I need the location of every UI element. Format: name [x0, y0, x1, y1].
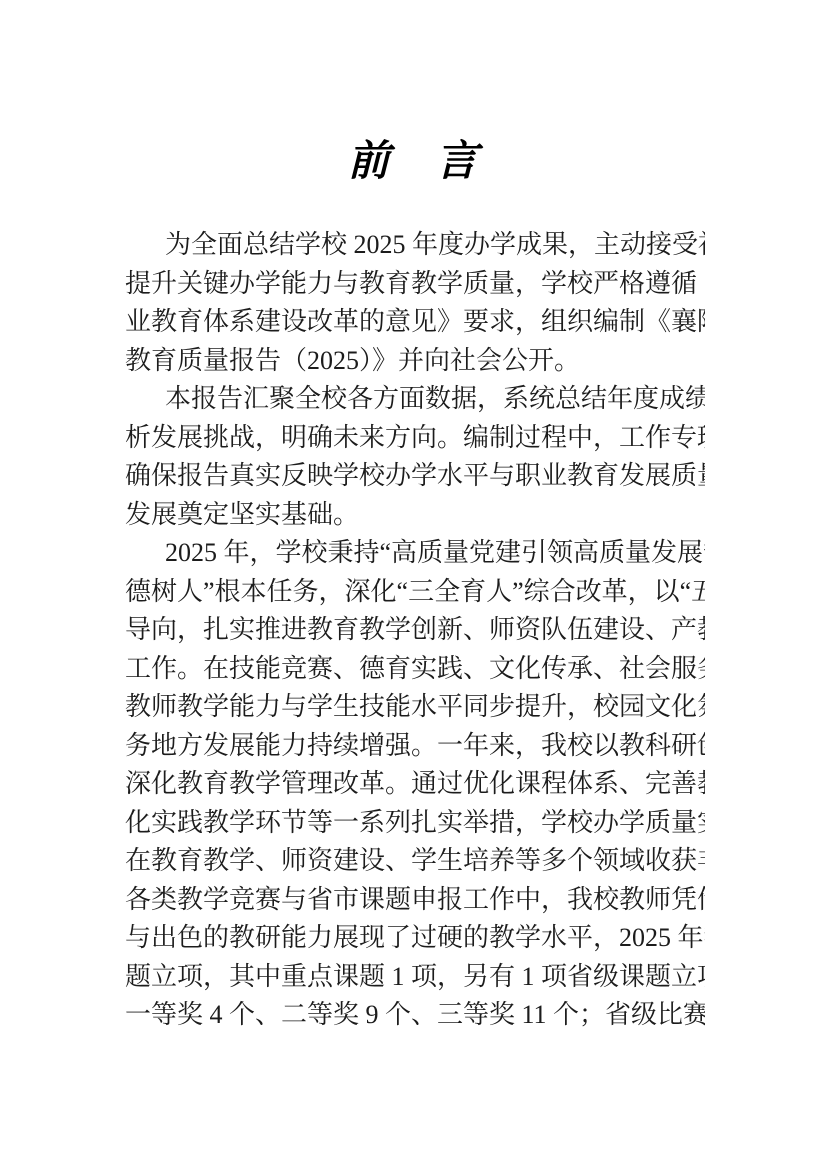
text-line: 教育质量报告（2025）》并向社会公开。	[125, 342, 705, 381]
paragraph-1: 为全面总结学校 2025 年度办学成果，主动接受社会监督，持续 提升关键办学能力…	[125, 226, 705, 380]
text-line: 导向，扎实推进教育教学创新、师资队伍建设、产教融合深化等重点	[125, 611, 705, 650]
text-line: 在教育教学、师资建设、学生培养等多个领域收获丰硕成果。在各级	[125, 842, 705, 881]
document-body: 为全面总结学校 2025 年度办学成果，主动接受社会监督，持续 提升关键办学能力…	[125, 226, 705, 1035]
text-line: 一等奖 4 个、二等奖 9 个、三等奖 11 个；省级比赛获一等奖 4 个、	[125, 996, 705, 1035]
text-line: 德树人”根本任务，深化“三全育人”综合改革，以“五育并举”为	[125, 573, 705, 612]
text-line: 深化教育教学管理改革。通过优化课程体系、完善教学评价机制、强	[125, 765, 705, 804]
text-line: 发展奠定坚实基础。	[125, 496, 705, 535]
document-page: 前 言 为全面总结学校 2025 年度办学成果，主动接受社会监督，持续 提升关键…	[0, 0, 827, 1169]
text-line: 务地方发展能力持续增强。一年来，我校以教科研创新为引领，持续	[125, 727, 705, 766]
text-line: 2025 年，学校秉持“高质量党建引领高质量发展”理念，坚守“立	[125, 534, 705, 573]
text-line: 确保报告真实反映学校办学水平与职业教育发展质量，为后续高质量	[125, 457, 705, 496]
text-line: 各类教学竞赛与省市课题申报工作中，我校教师凭借深厚的专业素养	[125, 881, 705, 920]
text-line: 题立项，其中重点课题 1 项，另有 1 项省级课题立项；市级比赛获	[125, 958, 705, 997]
paragraph-2: 本报告汇聚全校各方面数据，系统总结年度成绩与经验，客观分 析发展挑战，明确未来方…	[125, 380, 705, 534]
text-line: 教师教学能力与学生技能水平同步提升，校园文化氛围愈发浓厚，服	[125, 688, 705, 727]
page-title: 前 言	[0, 140, 827, 184]
text-line: 本报告汇聚全校各方面数据，系统总结年度成绩与经验，客观分	[125, 380, 705, 419]
text-line: 与出色的教研能力展现了过硬的教学水平，2025 年我校 4 项市级课	[125, 919, 705, 958]
text-line: 工作。在技能竞赛、德育实践、文化传承、社会服务等领域成效显著，	[125, 650, 705, 689]
text-line: 业教育体系建设改革的意见》要求，组织编制《襄阳市旅游服务学校	[125, 303, 705, 342]
text-line: 析发展挑战，明确未来方向。编制过程中，工作专班严格核查数据，	[125, 419, 705, 458]
paragraph-3: 2025 年，学校秉持“高质量党建引领高质量发展”理念，坚守“立 德树人”根本任…	[125, 534, 705, 1035]
text-line: 化实践教学环节等一系列扎实举措，学校办学质量实现全方位提升，	[125, 804, 705, 843]
text-line: 为全面总结学校 2025 年度办学成果，主动接受社会监督，持续	[125, 226, 705, 265]
text-line: 提升关键办学能力与教育教学质量，学校严格遵循《关于深化现代职	[125, 265, 705, 304]
